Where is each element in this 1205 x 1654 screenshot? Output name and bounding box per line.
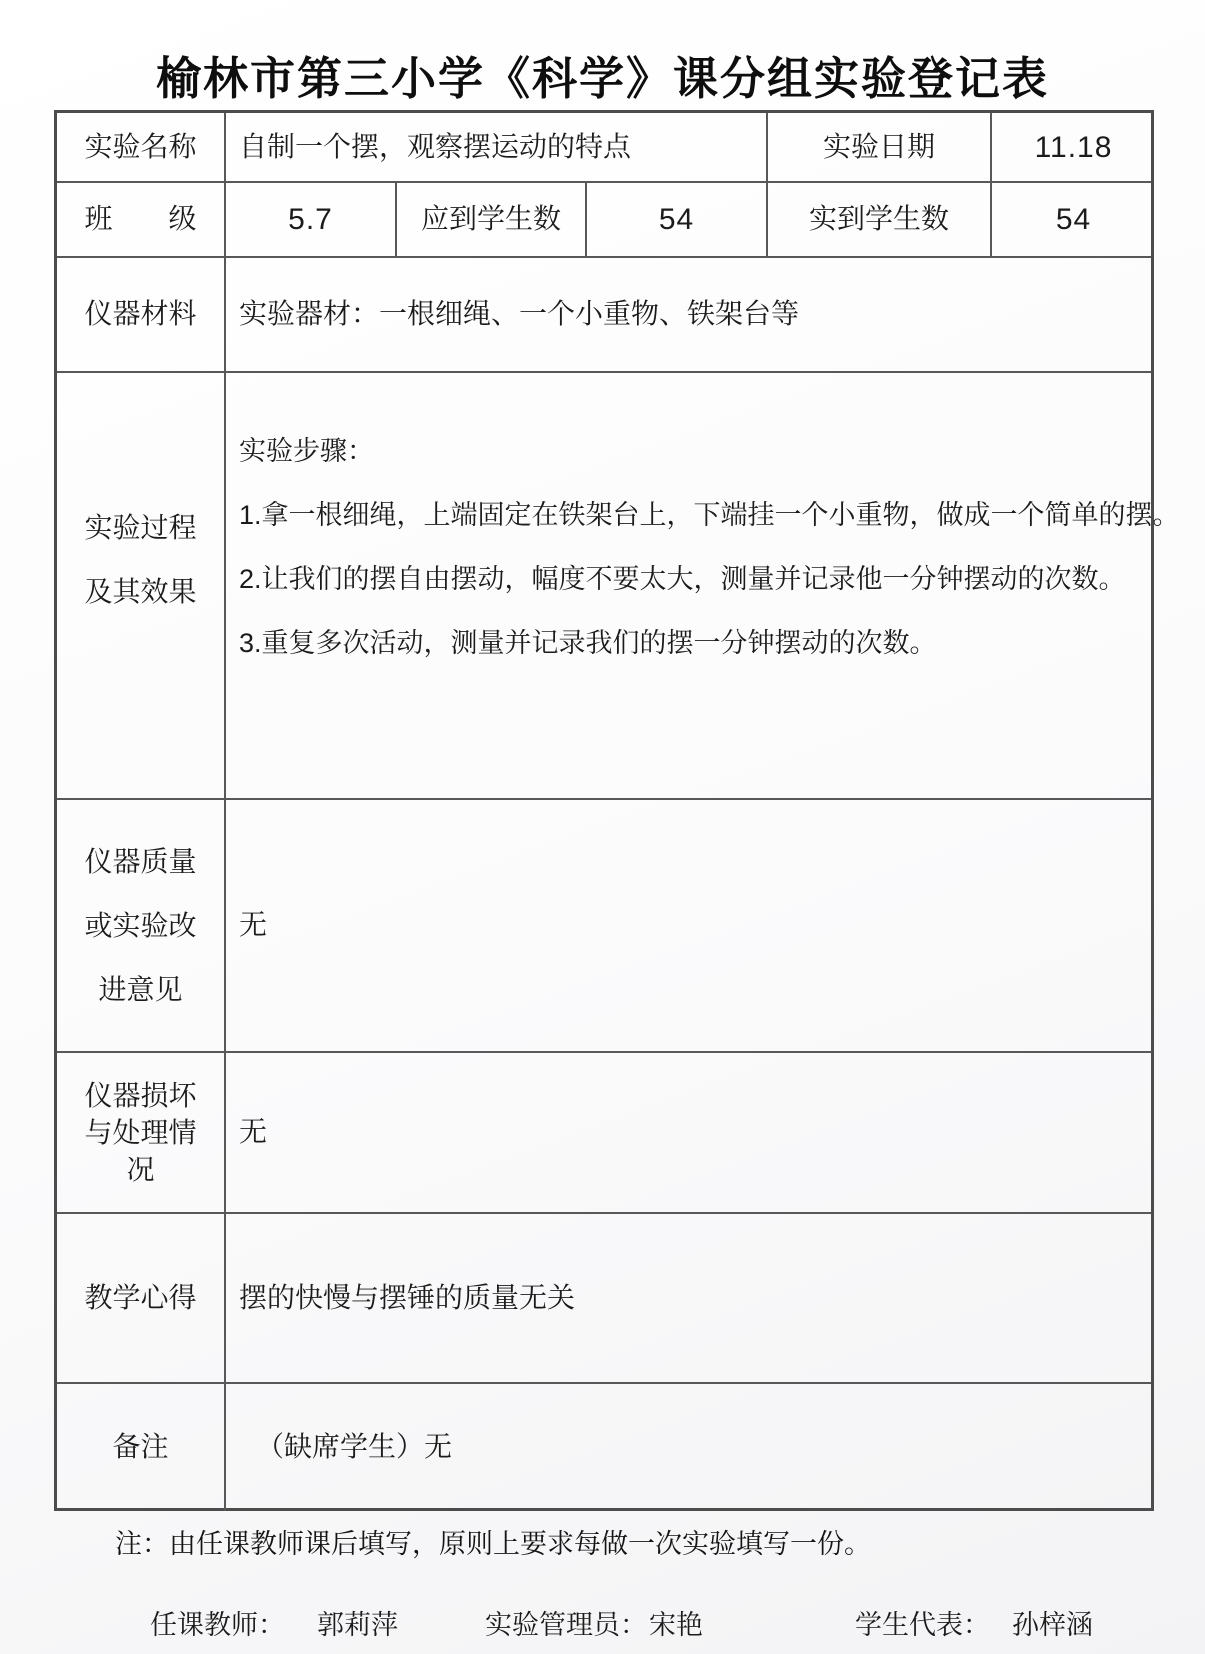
remarks-row: 备注 （缺席学生）无 [57, 1384, 1151, 1511]
signature-teacher: 任课教师： 郭莉萍 [150, 1603, 398, 1642]
signature-admin-name: 宋艳 [649, 1603, 703, 1642]
signature-teacher-label: 任课教师： [150, 1603, 285, 1642]
signature-admin-label: 实验管理员： [485, 1603, 647, 1642]
quality-value: 无 [226, 800, 1151, 1051]
damage-label-line: 况 [126, 1151, 154, 1188]
process-step-2: 2.让我们的摆自由摆动，幅度不要太大，测量并记录他一分钟摆动的次数。 [239, 547, 1126, 611]
signature-admin: 实验管理员： 宋艳 [485, 1603, 703, 1642]
process-steps: 实验步骤： 1.拿一根细绳，上端固定在铁架台上，下端挂一个小重物，做成一个简单的… [226, 373, 1151, 798]
process-step-1: 1.拿一根细绳，上端固定在铁架台上，下端挂一个小重物，做成一个简单的摆。 [239, 483, 1180, 547]
experiment-name-row: 实验名称 自制一个摆，观察摆运动的特点 实验日期 11.18 [57, 113, 1151, 183]
experiment-name-value: 自制一个摆，观察摆运动的特点 [226, 113, 768, 181]
expected-students-label: 应到学生数 [397, 183, 587, 256]
experiment-date-value: 11.18 [992, 113, 1155, 181]
damage-label-line: 与处理情 [84, 1114, 196, 1151]
experiment-form-table: 实验名称 自制一个摆，观察摆运动的特点 实验日期 11.18 班 级 5.7 应… [54, 110, 1154, 1511]
experiment-date-label: 实验日期 [768, 113, 992, 181]
quality-row: 仪器质量 或实验改 进意见 无 [57, 800, 1151, 1053]
reflection-value: 摆的快慢与摆锤的质量无关 [226, 1214, 1151, 1382]
damage-label: 仪器损坏 与处理情 况 [57, 1053, 226, 1212]
process-step-3: 3.重复多次活动，测量并记录我们的摆一分钟摆动的次数。 [239, 611, 937, 675]
process-steps-heading: 实验步骤： [239, 419, 374, 483]
reflection-row: 教学心得 摆的快慢与摆锤的质量无关 [57, 1214, 1151, 1384]
signature-student-name: 孙梓涵 [1012, 1603, 1093, 1642]
reflection-label: 教学心得 [57, 1214, 226, 1382]
damage-label-line: 仪器损坏 [84, 1077, 196, 1114]
class-row: 班 级 5.7 应到学生数 54 实到学生数 54 [57, 183, 1151, 258]
quality-label-line: 仪器质量 [84, 830, 196, 894]
signature-student: 学生代表： 孙梓涵 [855, 1603, 1093, 1642]
remarks-value: （缺席学生）无 [226, 1384, 1151, 1511]
process-label-line: 及其效果 [84, 560, 196, 624]
expected-students-value: 54 [587, 183, 768, 256]
materials-label: 仪器材料 [57, 258, 226, 371]
quality-label: 仪器质量 或实验改 进意见 [57, 800, 226, 1051]
process-label-line: 实验过程 [84, 496, 196, 560]
quality-label-line: 进意见 [98, 958, 182, 1022]
materials-row: 仪器材料 实验器材：一根细绳、一个小重物、铁架台等 [57, 258, 1151, 373]
experiment-name-label: 实验名称 [57, 113, 226, 181]
damage-value: 无 [226, 1053, 1151, 1212]
footer-note: 注：由任课教师课后填写，原则上要求每做一次实验填写一份。 [115, 1522, 871, 1561]
signature-bar: 任课教师： 郭莉萍 实验管理员： 宋艳 学生代表： 孙梓涵 [0, 1603, 1205, 1643]
class-value: 5.7 [226, 183, 397, 256]
process-row: 实验过程 及其效果 实验步骤： 1.拿一根细绳，上端固定在铁架台上，下端挂一个小… [57, 373, 1151, 800]
remarks-label: 备注 [57, 1384, 226, 1511]
page-title: 榆林市第三小学《科学》课分组实验登记表 [0, 42, 1205, 107]
actual-students-value: 54 [992, 183, 1155, 256]
signature-student-label: 学生代表： [855, 1603, 990, 1642]
damage-row: 仪器损坏 与处理情 况 无 [57, 1053, 1151, 1214]
quality-label-line: 或实验改 [84, 894, 196, 958]
materials-value: 实验器材：一根细绳、一个小重物、铁架台等 [226, 258, 1151, 371]
actual-students-label: 实到学生数 [768, 183, 992, 256]
class-label: 班 级 [57, 183, 226, 256]
process-label: 实验过程 及其效果 [57, 373, 226, 798]
signature-teacher-name: 郭莉萍 [317, 1603, 398, 1642]
